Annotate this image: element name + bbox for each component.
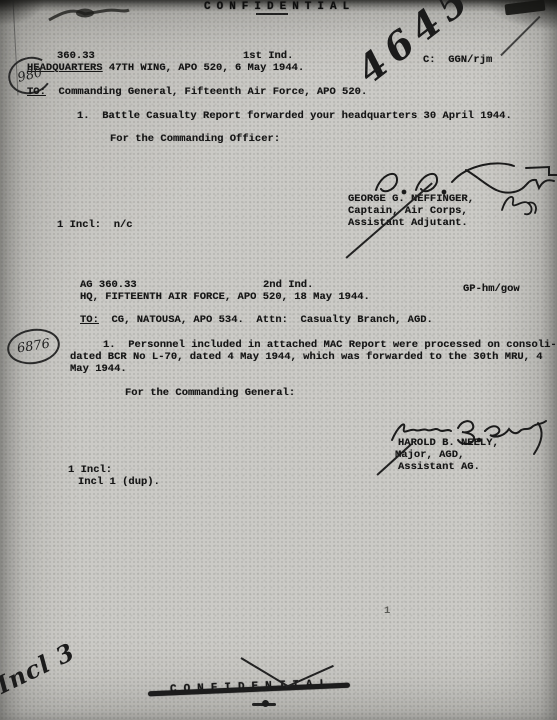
ink-scribble-top-left	[45, 3, 135, 29]
to-label-2nd: TO:	[80, 314, 99, 326]
circled-number-text-2: 6876	[16, 337, 51, 357]
enclosure-note-2nd-line2: Incl 1 (dup).	[78, 476, 160, 488]
stray-mark: 1	[384, 605, 390, 617]
circled-registry-number-2: 6876	[5, 325, 63, 368]
enclosure-note-1st: 1 Incl: n/c	[57, 219, 133, 231]
addressee-line-1st: TO: Commanding General, Fifteenth Air Fo…	[27, 86, 367, 98]
declassification-dot	[262, 700, 269, 707]
classification-stamp-top: CONFIDENTIAL	[204, 1, 355, 13]
body-paragraph-2nd-line3: May 1944.	[70, 363, 127, 375]
signer-rank-2nd: Major, AGD,	[395, 449, 464, 461]
scanned-document-page: CONFIDENTIAL 4645 360.33 1st Ind. C: GGN…	[0, 0, 557, 720]
signer-title-1st: Assistant Adjutant.	[348, 217, 468, 229]
headquarters-rest: 47TH WING, APO 520, 6 May 1944.	[103, 62, 305, 74]
endorsement-label-1st: 1st Ind.	[243, 50, 293, 62]
handwritten-number-4645: 4645	[348, 0, 481, 92]
body-paragraph-1st: 1. Battle Casualty Report forwarded your…	[77, 110, 512, 122]
body-paragraph-2nd-line1: 1. Personnel included in attached MAC Re…	[103, 339, 557, 351]
file-number-2nd-ind: AG 360.33	[80, 279, 137, 291]
signer-title-2nd: Assistant AG.	[398, 461, 480, 473]
to-text: Commanding General, Fifteenth Air Force,…	[46, 86, 367, 98]
file-number-1st-ind: 360.33	[57, 50, 95, 62]
to-label: TO:	[27, 86, 46, 98]
handwritten-incl-note: Incl 3	[0, 637, 79, 700]
signer-rank-1st: Captain, Air Corps,	[348, 205, 468, 217]
headquarters-line-2nd: HQ, FIFTEENTH AIR FORCE, APO 520, 18 May…	[80, 291, 370, 303]
stamp-underline-mark	[256, 13, 288, 15]
reference-initials-1st: C: GGN/rjm	[423, 54, 492, 66]
enclosure-note-2nd-line1: 1 Incl:	[68, 464, 112, 476]
signer-name-2nd: HAROLD B. NEELY,	[398, 437, 499, 449]
scan-corner-left	[0, 0, 46, 26]
endorsement-label-2nd: 2nd Ind.	[263, 279, 313, 291]
closing-line-1st: For the Commanding Officer:	[110, 133, 280, 145]
body-paragraph-2nd-line2: dated BCR No L-70, dated 4 May 1944, whi…	[70, 351, 543, 363]
addressee-line-2nd: TO: CG, NATOUSA, APO 534. Attn: Casualty…	[80, 314, 433, 326]
circled-number-text: 980	[16, 65, 44, 86]
to-text-2nd: CG, NATOUSA, APO 534. Attn: Casualty Bra…	[99, 314, 433, 326]
reference-initials-2nd: GP-hm/gow	[463, 283, 520, 295]
closing-line-2nd: For the Commanding General:	[125, 387, 295, 399]
handwritten-initials-mark	[497, 188, 539, 222]
headquarters-line-1st: HEADQUARTERS 47TH WING, APO 520, 6 May 1…	[27, 62, 304, 74]
